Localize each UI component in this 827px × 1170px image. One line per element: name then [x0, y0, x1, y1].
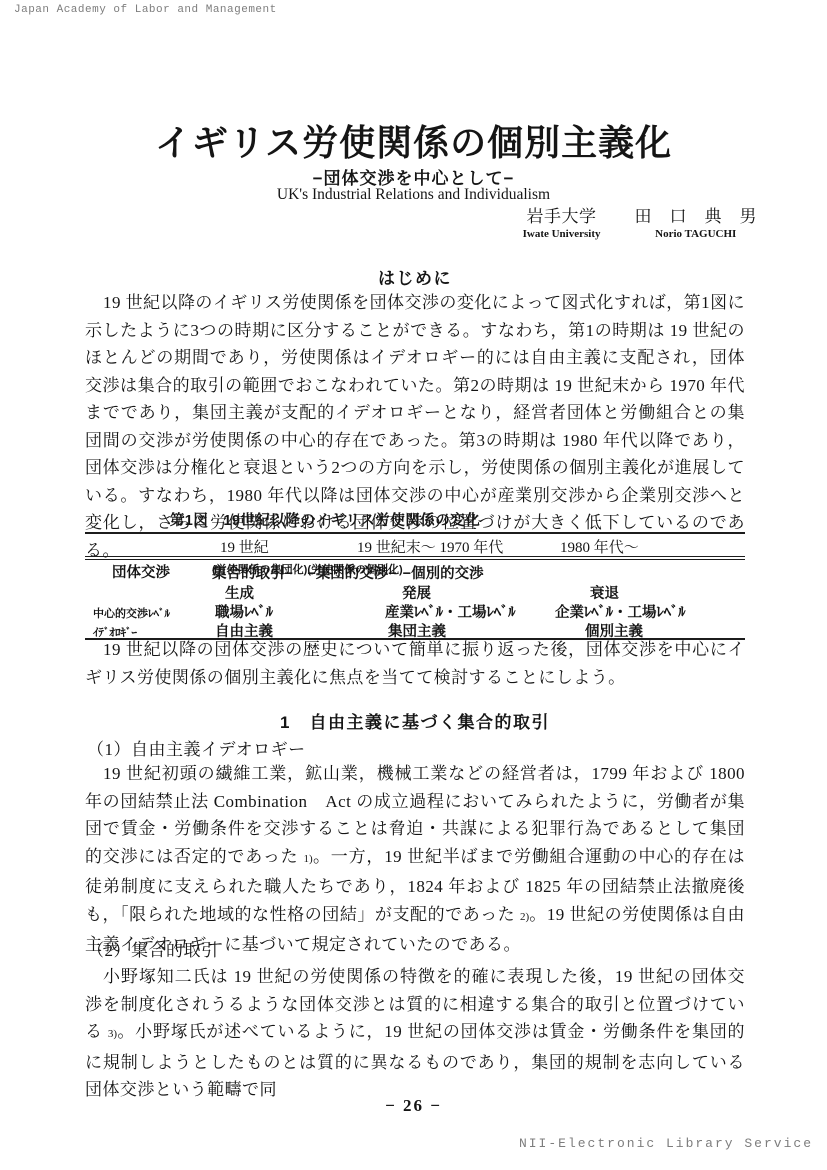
article-title: イギリス労使関係の個別主義化 — [0, 115, 827, 166]
author-name-english: Norio TAGUCHI — [635, 228, 758, 240]
library-watermark-top: Japan Academy of Labor and Management — [14, 4, 277, 16]
header-19th-century: 19 世紀 — [220, 536, 269, 557]
author-affiliation-english: Iwate University — [523, 228, 601, 240]
section-1-heading: 1 自由主義に基づく集合的取引 — [85, 708, 745, 733]
row-phase: 生成 発展 衰退 — [85, 581, 745, 600]
author-block: 岩手大学 Iwate University 田 口 典 男 Norio TAGU… — [523, 202, 757, 240]
footnote-marker-1: 1) — [303, 853, 312, 865]
footnote-marker-3: 3) — [108, 1028, 117, 1040]
row-label-bargaining: 団体交渉 — [112, 561, 170, 582]
row-bargaining-level: 中心的交渉ﾚﾍﾞﾙ 職場ﾚﾍﾞﾙ 産業ﾚﾍﾞﾙ・工場ﾚﾍﾞﾙ 企業ﾚﾍﾞﾙ・工場… — [85, 600, 745, 619]
library-watermark-bottom: NII-Electronic Library Service — [519, 1136, 813, 1151]
subsection-1-2-paragraph: 小野塚知二氏は 19 世紀の労使関係の特徴を的確に表現した後，19 世紀の団体交… — [85, 963, 745, 1104]
author-name-column: 田 口 典 男 Norio TAGUCHI — [635, 202, 758, 240]
figure-1-title: 第1図 19世紀以降のイギリス労使関係の変化 — [85, 509, 745, 530]
document-page: Japan Academy of Labor and Management イギ… — [0, 0, 827, 1170]
figure-1: 第1図 19世紀以降のイギリス労使関係の変化 19 世紀 19 世紀末〜 197… — [85, 509, 745, 640]
header-late19th-1970s: 19 世紀末〜 1970 年代 — [357, 536, 503, 557]
figure-1-header-row: 19 世紀 19 世紀末〜 1970 年代 1980 年代〜 — [85, 534, 745, 556]
author-name: 田 口 典 男 — [635, 202, 758, 227]
author-affiliation: 岩手大学 — [523, 202, 601, 227]
figure-1-table: 19 世紀 19 世紀末〜 1970 年代 1980 年代〜 団体交渉 集合的取… — [85, 532, 745, 640]
row-collective-bargaining: 団体交渉 集合的取引−(労使関係の集団化)−集団的交渉−(労使関係の個別化)−個… — [85, 560, 745, 581]
subsection-1-2-heading: （2）集合的取引 — [87, 936, 219, 961]
page-number: − 26 − — [0, 1096, 827, 1116]
header-1980s: 1980 年代〜 — [560, 536, 639, 557]
subsection-1-1-heading: （1）自由主義イデオロギー — [87, 735, 306, 760]
subsection-1-1-paragraph: 19 世紀初頭の繊維工業，鉱山業，機械工業などの経営者は，1799 年および 1… — [85, 760, 745, 959]
intro-paragraph-2: 19 世紀以降の団体交渉の歴史について簡単に振り返った後，団体交渉を中心にイギリ… — [85, 636, 745, 691]
row-bargaining-content: 集合的取引−(労使関係の集団化)−集団的交渉−(労使関係の個別化)−個別的交渉 — [212, 561, 403, 577]
author-affiliation-column: 岩手大学 Iwate University — [523, 202, 601, 240]
footnote-marker-2: 2) — [520, 911, 529, 923]
intro-heading: はじめに — [85, 264, 745, 289]
